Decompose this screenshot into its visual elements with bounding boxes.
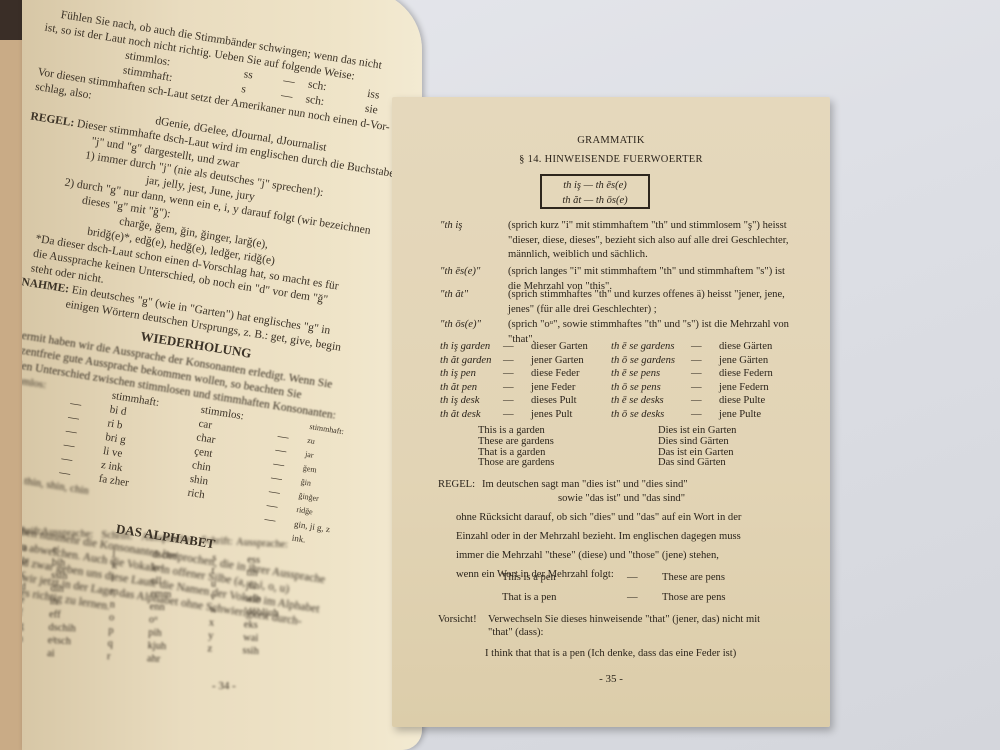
regel-line: Einzahl oder in der Mehrzahl bezieht. Im…: [456, 530, 741, 545]
table-cell: ahr: [147, 652, 208, 668]
pen-pair: That is a pen—Those are pens: [502, 591, 792, 606]
examples-table: th iş garden—dieser Gartenth ē se garden…: [440, 340, 800, 421]
table-cell: ai: [47, 647, 108, 663]
table-header: Schrift:: [201, 534, 237, 549]
pronunciation-line: th iş — th ēs(e): [542, 178, 648, 193]
example-cell: th iş pen: [440, 367, 503, 381]
example-cell: diese Feder: [531, 367, 611, 381]
vorsicht-line: "that" (dass):: [488, 626, 543, 641]
left-page: Fühlen Sie nach, ob auch die Stimmbänder…: [22, 0, 422, 750]
pronunciation-box: th iş — th ēs(e) th ăt — th ōs(e): [540, 174, 650, 209]
definition-this: "th iş (sprich kurz "i" mit stimmhaftem …: [440, 219, 810, 263]
table-cell: r: [107, 650, 148, 665]
example-cell: th ō se pens: [611, 381, 691, 395]
example-cell: —: [503, 394, 531, 408]
page-number-left: - 34 -: [212, 680, 236, 692]
pen-pair: This is a pen—These are pens: [502, 571, 792, 586]
example-cell: th ăt pen: [440, 381, 503, 395]
example-cell: dieses Pult: [531, 394, 611, 408]
example-cell: jener Garten: [531, 354, 611, 368]
regel-line: sowie "das ist" und "das sind": [558, 492, 685, 507]
sentence-de: Dies sind Gärten: [658, 437, 778, 448]
definition-term: "th ăt": [440, 288, 508, 317]
example-cell: th iş desk: [440, 394, 503, 408]
alphabet-rows: aeʲjdscheʲsess bbihkkeʲttih cssihlelluju…: [22, 542, 422, 680]
definition-line: (sprich stimmhaftes "th" und kurzes offe…: [508, 288, 810, 303]
example-cell: —: [691, 394, 719, 408]
example-cell: th ē se desks: [611, 394, 691, 408]
example-cell: —: [503, 354, 531, 368]
pen-en: That is a pen: [502, 591, 627, 606]
definition-line: (sprich langes "i" mit stimmhaftem "th" …: [508, 265, 810, 280]
example-cell: th ē se gardens: [611, 340, 691, 354]
table-header: Aussprache:: [41, 526, 102, 542]
table-header: Schrift:: [22, 524, 42, 539]
example-cell: th ē se pens: [611, 367, 691, 381]
example-cell: —: [691, 408, 719, 422]
regel-label: REGEL:: [30, 111, 75, 130]
definition-line: (sprich "oᵘ", sowie stimmhaftes "th" und…: [508, 318, 810, 333]
pen-dash: —: [627, 591, 662, 606]
example-cell: th ō se gardens: [611, 354, 691, 368]
example-cell: —: [503, 408, 531, 422]
sentence-en: Those are gardens: [478, 458, 658, 469]
example-cell: —: [691, 340, 719, 354]
sentence-pairs: This is a gardenDies ist ein Garten Thes…: [478, 426, 778, 469]
example-cell: jene Gärten: [719, 354, 799, 368]
example-cell: jene Federn: [719, 381, 799, 395]
table-header: Aussprache:: [236, 536, 277, 551]
regel-line: Im deutschen sagt man "dies ist" und "di…: [482, 478, 688, 493]
definition-term: "th iş: [440, 219, 508, 263]
example-cell: dieser Garten: [531, 340, 611, 354]
example-cell: diese Pulte: [719, 394, 799, 408]
table-cell: g: [22, 619, 49, 634]
example-cell: —: [691, 381, 719, 395]
table-cell: i: [22, 645, 47, 660]
table-header: Aussprache:: [141, 531, 202, 547]
sentence-en: These are gardens: [478, 437, 658, 448]
chapter-heading: § 14. HINWEISENDE FUERWOERTER: [392, 153, 830, 168]
definition-line: (sprich kurz "i" mit stimmhaftem "th" un…: [508, 219, 810, 234]
table-cell: h: [22, 632, 48, 647]
example-cell: th ăt garden: [440, 354, 503, 368]
pen-en: This is a pen: [502, 571, 627, 586]
table-cell: f: [22, 607, 49, 622]
pronunciation-line: th ăt — th ōs(e): [542, 193, 648, 208]
definition-that: "th ăt" (sprich stimmhaftes "th" und kur…: [440, 288, 810, 317]
pen-plural: These are pens: [662, 571, 792, 586]
pen-dash: —: [627, 571, 662, 586]
definition-line: männlich, weiblich und sächlich.: [508, 248, 810, 263]
example-cell: —: [503, 367, 531, 381]
example-cell: jene Feder: [531, 381, 611, 395]
example-cell: diese Gärten: [719, 340, 799, 354]
regel-label: REGEL:: [438, 478, 475, 493]
example-cell: th ăt desk: [440, 408, 503, 422]
example-cell: diese Federn: [719, 367, 799, 381]
regel-line: ohne Rücksicht darauf, ob sich "dies" un…: [456, 511, 741, 526]
pen-plural: Those are pens: [662, 591, 792, 606]
vorsicht-example: I think that that is a pen (Ich denke, d…: [485, 647, 736, 662]
vorsicht-label: Vorsicht!: [438, 613, 477, 628]
sentence-de: Das sind Gärten: [658, 458, 778, 469]
example-cell: —: [503, 340, 531, 354]
regel-line: immer die Mehrzahl "these" (diese) und "…: [456, 549, 719, 564]
table-header: Schrift:: [101, 529, 142, 544]
example-cell: th iş garden: [440, 340, 503, 354]
definition-line: jenes" (für alle drei Geschlechter) ;: [508, 303, 810, 318]
section-title: GRAMMATIK: [392, 134, 830, 149]
example-cell: —: [691, 354, 719, 368]
page-number-right: - 35 -: [392, 672, 830, 687]
example-cell: —: [691, 367, 719, 381]
definition-line: "dieser, diese, dieses", bezieht sich al…: [508, 234, 810, 249]
example-cell: jene Pulte: [719, 408, 799, 422]
alphabet-table-wrap: Schrift: Aussprache: Schrift: Aussprache…: [22, 520, 422, 680]
right-page: GRAMMATIK § 14. HINWEISENDE FUERWOERTER …: [392, 97, 830, 727]
example-cell: jenes Pult: [531, 408, 611, 422]
example-cell: —: [503, 381, 531, 395]
example-cell: th ō se desks: [611, 408, 691, 422]
